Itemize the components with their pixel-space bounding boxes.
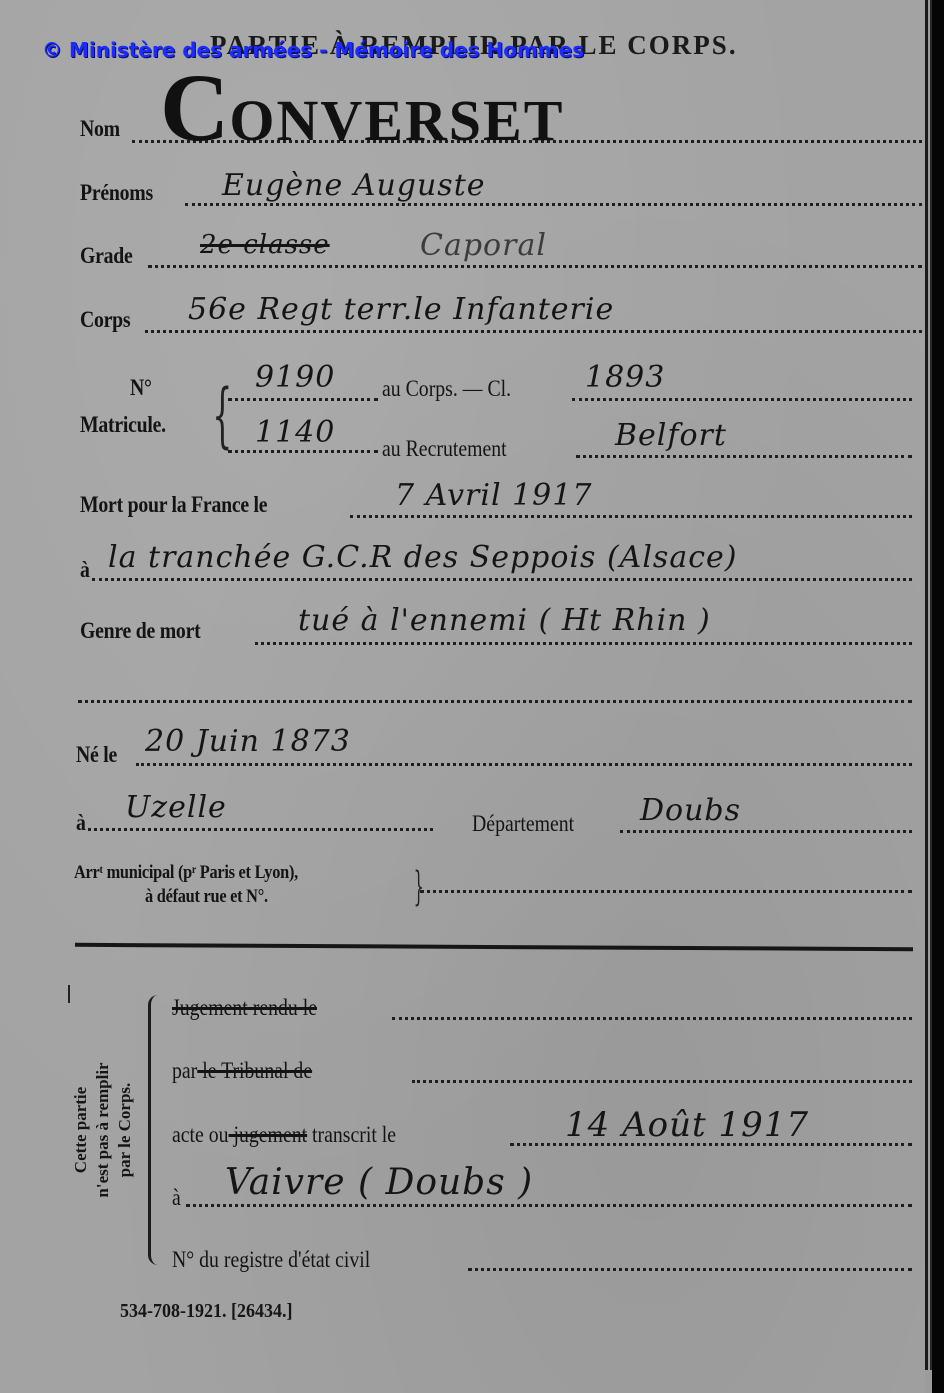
ne-le-dotted-line — [136, 763, 912, 766]
nom-value: CONVERSET — [160, 52, 564, 163]
prenoms-value: Eugène Auguste — [222, 168, 486, 203]
ne-a-value: Uzelle — [125, 790, 227, 825]
matricule-label: Matricule. — [80, 412, 166, 438]
corps-dotted-line — [145, 330, 922, 333]
side-note: Cette partie n'est pas à remplir par le … — [70, 1030, 136, 1230]
registre-label: N° du registre d'état civil — [172, 1247, 370, 1273]
form-reference-code: 534-708-1921. [26434.] — [120, 1300, 292, 1323]
acte-label-b: transcrit le — [307, 1122, 396, 1147]
grade-label: Grade — [80, 243, 133, 269]
acte-label: acte ou jugement transcrit le — [172, 1122, 396, 1148]
mort-date-value: 7 Avril 1917 — [395, 478, 592, 513]
matricule-no-label: N° — [130, 375, 152, 401]
jugement-label: Jugement rendu le — [172, 995, 317, 1021]
lower-section-brace — [148, 995, 163, 1265]
recrutement-label: au Recrutement — [382, 436, 507, 462]
side-note-line2: n'est pas à remplir — [92, 1030, 114, 1230]
classe-dotted-line — [572, 398, 912, 401]
grade-struck-value: 2e classe — [200, 230, 330, 260]
recrutement-dotted-line — [576, 455, 912, 458]
ne-a-label: à — [76, 810, 86, 836]
nom-label: Nom — [80, 116, 120, 142]
mort-label: Mort pour la France le — [80, 492, 267, 518]
acte-lieu-dotted-line — [186, 1204, 912, 1207]
acte-date-value: 14 Août 1917 — [565, 1105, 809, 1145]
mort-dotted-line — [350, 515, 912, 518]
acte-label-struck: jugement — [229, 1122, 308, 1147]
corps-number-value: 9190 — [255, 360, 335, 395]
mort-lieu-value: la tranchée G.C.R des Seppois (Alsace) — [108, 540, 737, 575]
ne-a-dotted-line — [88, 828, 433, 831]
arrondissement-brace: } — [414, 862, 424, 912]
corps-number-label: au Corps. — Cl. — [382, 376, 511, 402]
side-note-line1: Cette partie — [70, 1030, 92, 1230]
nom-rest: ONVERSET — [229, 88, 564, 153]
arrondissement-label-line1: Arrᵗ municipal (pʳ Paris et Lyon), — [74, 862, 298, 884]
genre-mort-value: tué à l'ennemi ( Ht Rhin ) — [298, 603, 711, 638]
genre-mort-label: Genre de mort — [80, 618, 200, 644]
nom-initial: C — [160, 54, 229, 161]
page-border-line — [925, 0, 928, 1370]
tribunal-label: par le Tribunal de — [172, 1058, 312, 1084]
recrutement-place-value: Belfort — [615, 418, 727, 453]
acte-lieu-value: Vaivre ( Doubs ) — [225, 1162, 533, 1203]
corps-number-dotted-line — [228, 398, 378, 401]
departement-label: Département — [472, 811, 574, 837]
departement-value: Doubs — [640, 793, 741, 828]
tick-mark — [68, 985, 70, 1003]
blank-dotted-line — [78, 700, 912, 703]
acte-label-a: acte ou — [172, 1122, 229, 1147]
arrondissement-dotted-line — [420, 890, 912, 893]
corps-label: Corps — [80, 307, 130, 333]
arrondissement-label-line2: à défaut rue et N°. — [145, 886, 268, 908]
jugement-dotted-line — [392, 1017, 912, 1020]
tribunal-label-kept: par — [172, 1058, 197, 1083]
prenoms-label: Prénoms — [80, 180, 153, 206]
recrutement-number-dotted-line — [228, 450, 378, 453]
classe-value: 1893 — [585, 360, 665, 395]
genre-mort-dotted-line — [255, 642, 912, 645]
mort-lieu-dotted-line — [92, 578, 912, 581]
recrutement-number-value: 1140 — [255, 415, 335, 450]
ne-le-value: 20 Juin 1873 — [145, 724, 351, 759]
departement-dotted-line — [620, 830, 912, 833]
registre-dotted-line — [468, 1268, 912, 1271]
mort-lieu-label: à — [80, 557, 90, 583]
corps-value: 56e Regt terr.le Infanterie — [188, 292, 614, 327]
tribunal-dotted-line — [412, 1080, 912, 1083]
matricule-brace: { — [212, 370, 232, 460]
side-note-line3: par le Corps. — [114, 1030, 136, 1230]
grade-value: Caporal — [420, 228, 547, 263]
acte-lieu-label: à — [172, 1185, 181, 1211]
scan-edge — [932, 0, 944, 1393]
ne-le-label: Né le — [76, 742, 117, 768]
grade-dotted-line — [148, 265, 922, 268]
prenoms-dotted-line — [185, 203, 922, 206]
tribunal-label-struck: le Tribunal de — [197, 1058, 312, 1083]
